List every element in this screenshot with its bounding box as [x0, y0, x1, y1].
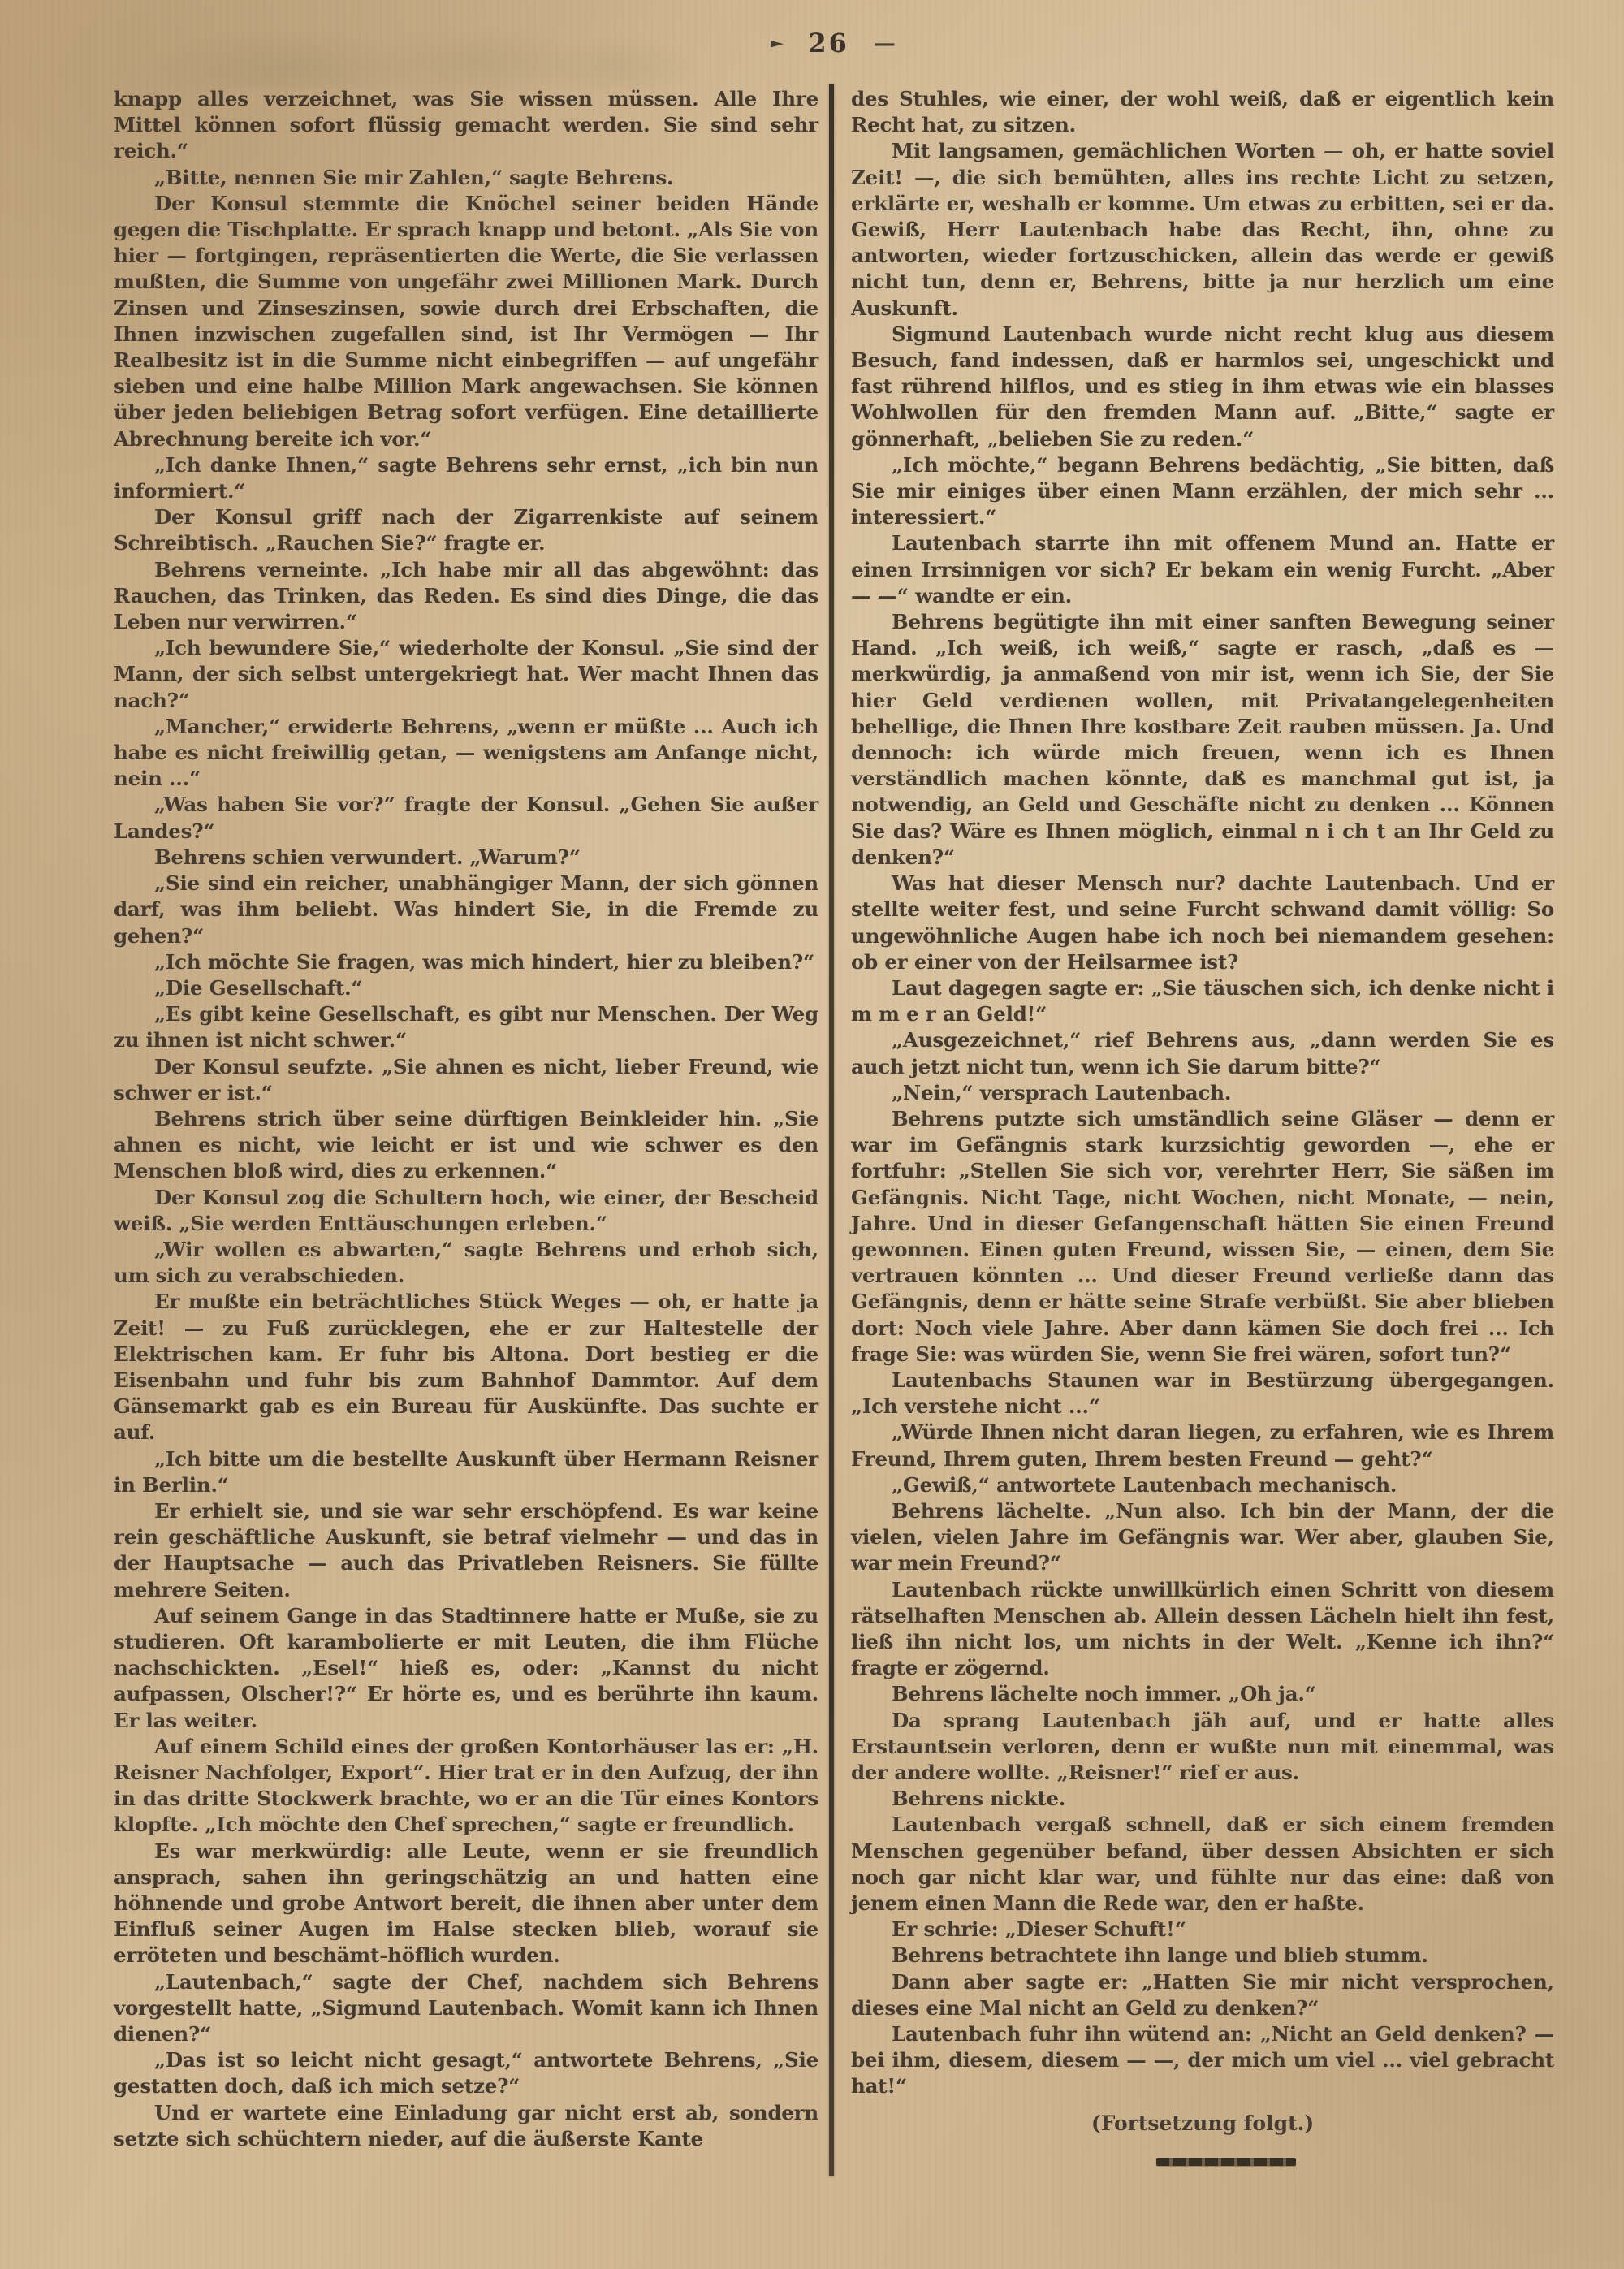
paragraph: Behrens verneinte. „Ich habe mir all das…: [114, 557, 818, 636]
paragraph: Behrens nickte.: [851, 1786, 1554, 1812]
paragraph: „Ich danke Ihnen,“ sagte Behrens sehr er…: [114, 452, 818, 504]
paragraph: Er erhielt sie, und sie war sehr erschöp…: [114, 1498, 818, 1603]
paragraph: Und er wartete eine Einladung gar nicht …: [114, 2100, 818, 2152]
paragraph: Der Konsul zog die Schultern hoch, wie e…: [114, 1185, 818, 1237]
continuation-notice: (Fortsetzung folgt.): [851, 2111, 1554, 2135]
paragraph: „Ausgezeichnet,“ rief Behrens aus, „dann…: [851, 1027, 1554, 1079]
paragraph: Behrens lächelte. „Nun also. Ich bin der…: [851, 1498, 1554, 1577]
paragraph: „Wir wollen es abwarten,“ sagte Behrens …: [114, 1237, 818, 1289]
text-column-right: des Stuhles, wie einer, der wohl weiß, d…: [851, 86, 1554, 2100]
paragraph: Da sprang Lautenbach jäh auf, und er hat…: [851, 1708, 1554, 1787]
paragraph: Behrens strich über seine dürftigen Bein…: [114, 1106, 818, 1185]
paragraph: knapp alles verzeichnet, was Sie wissen …: [114, 86, 818, 165]
paragraph: „Was haben Sie vor?“ fragte der Konsul. …: [114, 792, 818, 844]
paragraph: Auf seinem Gange in das Stadtinnere hatt…: [114, 1603, 818, 1734]
scanned-newspaper-page: ► 26 — knapp alles verzeichnet, was Sie …: [0, 0, 1624, 2269]
paragraph: „Das ist so leicht nicht gesagt,“ antwor…: [114, 2047, 818, 2099]
paragraph: Lautenbach fuhr ihn wütend an: „Nicht an…: [851, 2021, 1554, 2100]
paragraph: „Ich möchte,“ begann Behrens bedächtig, …: [851, 452, 1554, 531]
paragraph: Dann aber sagte er: „Hatten Sie mir nich…: [851, 1969, 1554, 2021]
paragraph: Er mußte ein beträchtliches Stück Weges …: [114, 1289, 818, 1446]
paragraph: Lautenbach rückte unwillkürlich einen Sc…: [851, 1577, 1554, 1682]
paragraph: Lautenbachs Staunen war in Bestürzung üb…: [851, 1368, 1554, 1420]
header-left-ornament: ►: [771, 35, 784, 50]
paragraph: „Ich bitte um die bestellte Auskunft übe…: [114, 1446, 818, 1498]
end-of-installment-rule: [1156, 2158, 1296, 2166]
paragraph: Lautenbach starrte ihn mit offenem Mund …: [851, 530, 1554, 609]
page-number: 26: [808, 28, 849, 58]
paragraph: des Stuhles, wie einer, der wohl weiß, d…: [851, 86, 1554, 138]
paragraph: Behrens begütigte ihn mit einer sanften …: [851, 609, 1554, 871]
column-divider-rule: [829, 84, 834, 2176]
paragraph: „Lautenbach,“ sagte der Chef, nachdem si…: [114, 1969, 818, 2048]
paragraph: Er schrie: „Dieser Schuft!“: [851, 1917, 1554, 1943]
paragraph: Es war merkwürdig: alle Leute, wenn er s…: [114, 1839, 818, 1969]
text-column-left: knapp alles verzeichnet, was Sie wissen …: [114, 86, 818, 2152]
header-right-ornament: —: [874, 31, 894, 56]
paragraph: „Ich möchte Sie fragen, was mich hindert…: [114, 949, 818, 975]
paragraph: Der Konsul griff nach der Zigarrenkiste …: [114, 504, 818, 556]
paragraph: Behrens betrachtete ihn lange und blieb …: [851, 1943, 1554, 1969]
paragraph: Laut dagegen sagte er: „Sie täuschen sic…: [851, 975, 1554, 1027]
paragraph: Sigmund Lautenbach wurde nicht recht klu…: [851, 322, 1554, 452]
paragraph: „Nein,“ versprach Lautenbach.: [851, 1080, 1554, 1106]
paragraph: Der Konsul seufzte. „Sie ahnen es nicht,…: [114, 1054, 818, 1106]
paragraph: Was hat dieser Mensch nur? dachte Lauten…: [851, 871, 1554, 975]
paragraph: Behrens putzte sich umständlich seine Gl…: [851, 1106, 1554, 1368]
paragraph: „Gewiß,“ antwortete Lautenbach mechanisc…: [851, 1472, 1554, 1498]
paragraph: Behrens lächelte noch immer. „Oh ja.“: [851, 1681, 1554, 1707]
paragraph: Mit langsamen, gemächlichen Worten — oh,…: [851, 138, 1554, 321]
paragraph: „Bitte, nennen Sie mir Zahlen,“ sagte Be…: [114, 165, 818, 191]
paragraph: „Ich bewundere Sie,“ wiederholte der Kon…: [114, 635, 818, 714]
paragraph: Auf einem Schild eines der großen Kontor…: [114, 1734, 818, 1839]
paragraph: „Würde Ihnen nicht daran liegen, zu erfa…: [851, 1420, 1554, 1472]
paragraph: Der Konsul stemmte die Knöchel seiner be…: [114, 191, 818, 452]
page-header: ► 26 —: [731, 28, 934, 58]
paragraph: Lautenbach vergaß schnell, daß er sich e…: [851, 1812, 1554, 1917]
paragraph: „Es gibt keine Gesellschaft, es gibt nur…: [114, 1001, 818, 1053]
paragraph: „Sie sind ein reicher, unabhängiger Mann…: [114, 871, 818, 949]
paragraph: Behrens schien verwundert. „Warum?“: [114, 845, 818, 871]
print-bleedthrough-smudge: [114, 24, 698, 89]
paragraph: „Mancher,“ erwiderte Behrens, „wenn er m…: [114, 714, 818, 793]
paragraph: „Die Gesellschaft.“: [114, 975, 818, 1001]
